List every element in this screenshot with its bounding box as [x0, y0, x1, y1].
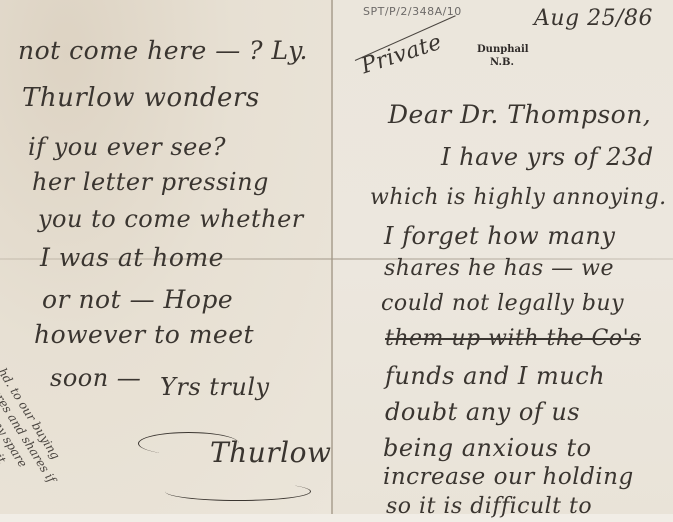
body-line: you to come whether [38, 205, 304, 233]
body-line: I forget how many [384, 222, 615, 250]
body-line: I have yrs of 23d [441, 143, 654, 171]
body-line: however to meet [34, 320, 254, 349]
letter-closing: Yrs truly [160, 373, 270, 401]
body-line: her letter pressing [32, 168, 269, 196]
body-line: soon — [50, 364, 141, 392]
body-line: shares he has — we [384, 256, 614, 281]
body-line: them up with the Co's [385, 326, 641, 351]
body-line: funds and I much [385, 362, 605, 390]
body-line: or not — Hope [42, 285, 233, 314]
body-line: doubt any of us [385, 398, 580, 426]
body-line: so it is difficult to [386, 494, 592, 519]
signature-flourish [138, 432, 239, 455]
body-line: not come here — ? Ly. [18, 36, 308, 65]
salutation: Dear Dr. Thompson, [388, 100, 651, 129]
body-line: I was at home [40, 243, 224, 272]
letterhead-place: Dunphail [477, 43, 527, 56]
body-line: being anxious to [383, 434, 592, 462]
letter-date: Aug 25/86 [534, 6, 653, 31]
letterhead: Dunphail N.B. [477, 43, 527, 69]
body-line: which is highly annoying. [370, 185, 667, 210]
body-line: could not legally buy [381, 291, 624, 316]
letter-scan: SPT/P/2/348A/10 Aug 25/86 Private Dunpha… [0, 0, 673, 522]
signature-underline [165, 482, 311, 501]
letterhead-region: N.B. [477, 56, 527, 69]
body-line: if you ever see? [28, 133, 226, 161]
body-line: Thurlow wonders [22, 83, 260, 113]
archive-reference: SPT/P/2/348A/10 [363, 5, 462, 18]
body-line: increase our holding [383, 464, 634, 490]
